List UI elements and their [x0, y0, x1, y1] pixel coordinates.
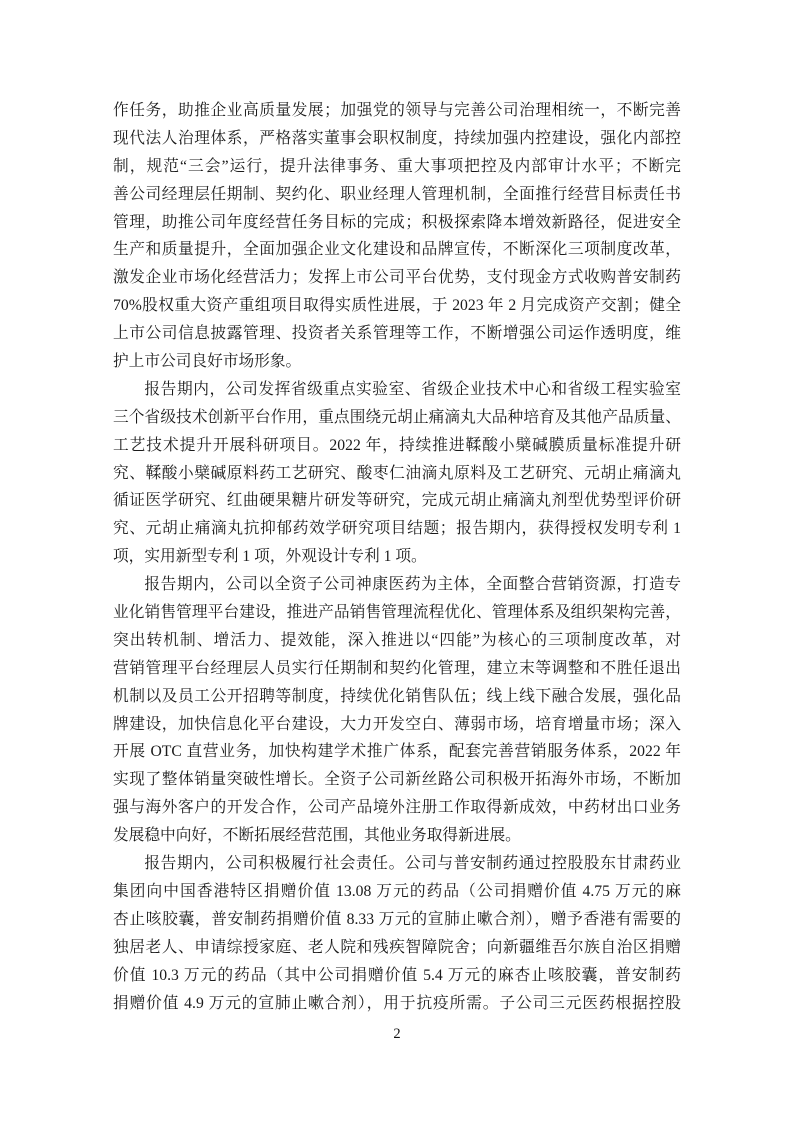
text-line: 实现了整体销量突破性增长。全资子公司新丝路公司积极开拓海外市场，不断加	[113, 766, 681, 794]
text-line: 开展 OTC 直营业务，加快构建学术推广体系，配套完善营销服务体系，2022 年	[113, 738, 681, 766]
text-line: 究、元胡止痛滴丸抗抑郁药效学研究项目结题；报告期内，获得授权发明专利 1	[113, 515, 681, 543]
text-line: 三个省级技术创新平台作用，重点围绕元胡止痛滴丸大品种培育及其他产品质量、	[113, 404, 681, 432]
text-line: 循证医学研究、红曲硬果糖片研发等研究，完成元胡止痛滴丸剂型优势型评价研	[113, 487, 681, 515]
text-line: 独居老人、申请综授家庭、老人院和残疾智障院舍；向新疆维吾尔族自治区捐赠	[113, 934, 681, 962]
page-number: 2	[113, 1026, 681, 1043]
text-line: 业化销售管理平台建设，推进产品销售管理流程优化、管理体系及组织架构完善，	[113, 599, 681, 627]
text-line: 报告期内，公司以全资子公司神康医药为主体，全面整合营销资源，打造专	[113, 571, 681, 599]
paragraph: 报告期内，公司以全资子公司神康医药为主体，全面整合营销资源，打造专业化销售管理平…	[113, 571, 681, 850]
text-line: 价值 10.3 万元的药品（其中公司捐赠价值 5.4 万元的麻杏止咳胶囊，普安制…	[113, 962, 681, 990]
text-line: 发展稳中向好，不断拓展经营范围，其他业务取得新进展。	[113, 822, 681, 850]
document-page: 作任务，助推企业高质量发展；加强党的领导与完善公司治理相统一，不断完善现代法人治…	[0, 0, 793, 1122]
text-line: 牌建设，加快信息化平台建设，大力开发空白、薄弱市场，培育增量市场；深入	[113, 711, 681, 739]
text-line: 70%股权重大资产重组项目取得实质性进展，于 2023 年 2 月完成资产交割；…	[113, 292, 681, 320]
text-line: 工艺技术提升开展科研项目。2022 年，持续推进鞣酸小檗碱膜质量标准提升研	[113, 432, 681, 460]
text-line: 报告期内，公司积极履行社会责任。公司与普安制药通过控股股东甘肃药业	[113, 850, 681, 878]
text-line: 激发企业市场化经营活力；发挥上市公司平台优势，支付现金方式收购普安制药	[113, 264, 681, 292]
text-line: 究、鞣酸小檗碱原料药工艺研究、酸枣仁油滴丸原料及工艺研究、元胡止痛滴丸	[113, 460, 681, 488]
text-line: 捐赠价值 4.9 万元的宣肺止嗽合剂），用于抗疫所需。子公司三元医药根据控股	[113, 990, 681, 1018]
text-line: 机制以及员工公开招聘等制度，持续优化销售队伍；线上线下融合发展，强化品	[113, 683, 681, 711]
paragraph: 作任务，助推企业高质量发展；加强党的领导与完善公司治理相统一，不断完善现代法人治…	[113, 97, 681, 376]
text-line: 突出转机制、增活力、提效能，深入推进以“四能”为核心的三项制度改革，对	[113, 627, 681, 655]
text-line: 报告期内，公司发挥省级重点实验室、省级企业技术中心和省级工程实验室	[113, 376, 681, 404]
text-line: 项，实用新型专利 1 项，外观设计专利 1 项。	[113, 543, 681, 571]
text-line: 上市公司信息披露管理、投资者关系管理等工作，不断增强公司运作透明度，维	[113, 320, 681, 348]
text-line: 生产和质量提升，全面加强企业文化建设和品牌宣传，不断深化三项制度改革，	[113, 236, 681, 264]
text-block: 作任务，助推企业高质量发展；加强党的领导与完善公司治理相统一，不断完善现代法人治…	[113, 97, 681, 1017]
text-line: 强与海外客户的开发合作，公司产品境外注册工作取得新成效，中药材出口业务	[113, 794, 681, 822]
text-line: 集团向中国香港特区捐赠价值 13.08 万元的药品（公司捐赠价值 4.75 万元…	[113, 878, 681, 906]
text-line: 营销管理平台经理层人员实行任期制和契约化管理，建立末等调整和不胜任退出	[113, 655, 681, 683]
text-line: 作任务，助推企业高质量发展；加强党的领导与完善公司治理相统一，不断完善	[113, 97, 681, 125]
paragraph: 报告期内，公司积极履行社会责任。公司与普安制药通过控股股东甘肃药业集团向中国香港…	[113, 850, 681, 1017]
text-line: 现代法人治理体系，严格落实董事会职权制度，持续加强内控建设，强化内部控	[113, 125, 681, 153]
paragraph: 报告期内，公司发挥省级重点实验室、省级企业技术中心和省级工程实验室三个省级技术创…	[113, 376, 681, 571]
text-line: 制，规范“三会”运行，提升法律事务、重大事项把控及内部审计水平；不断完	[113, 153, 681, 181]
text-line: 善公司经理层任期制、契约化、职业经理人管理机制，全面推行经营目标责任书	[113, 181, 681, 209]
text-line: 管理，助推公司年度经营任务目标的完成；积极探索降本增效新路径，促进安全	[113, 209, 681, 237]
text-line: 杏止咳胶囊，普安制药捐赠价值 8.33 万元的宣肺止嗽合剂），赠予香港有需要的	[113, 906, 681, 934]
text-line: 护上市公司良好市场形象。	[113, 348, 681, 376]
